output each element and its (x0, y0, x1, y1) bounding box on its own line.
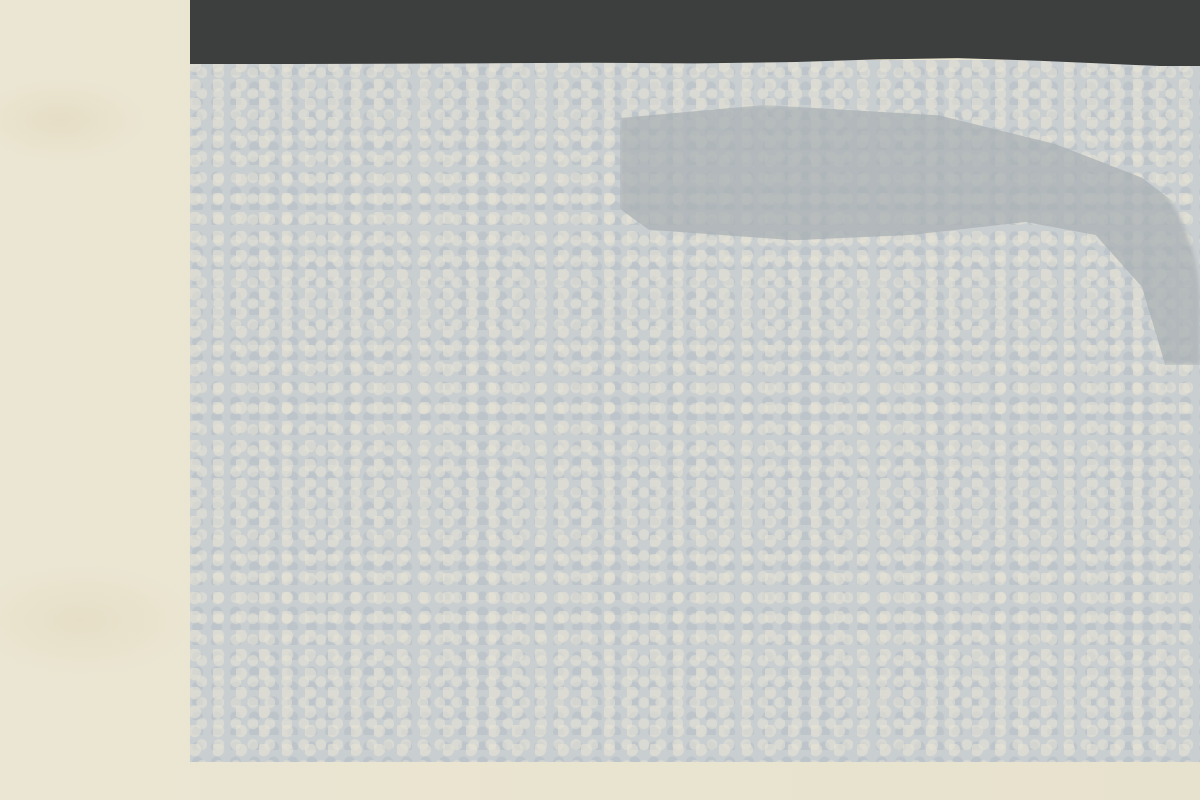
print-image-area (190, 0, 1200, 762)
dark-charcoal-band (190, 0, 1200, 66)
